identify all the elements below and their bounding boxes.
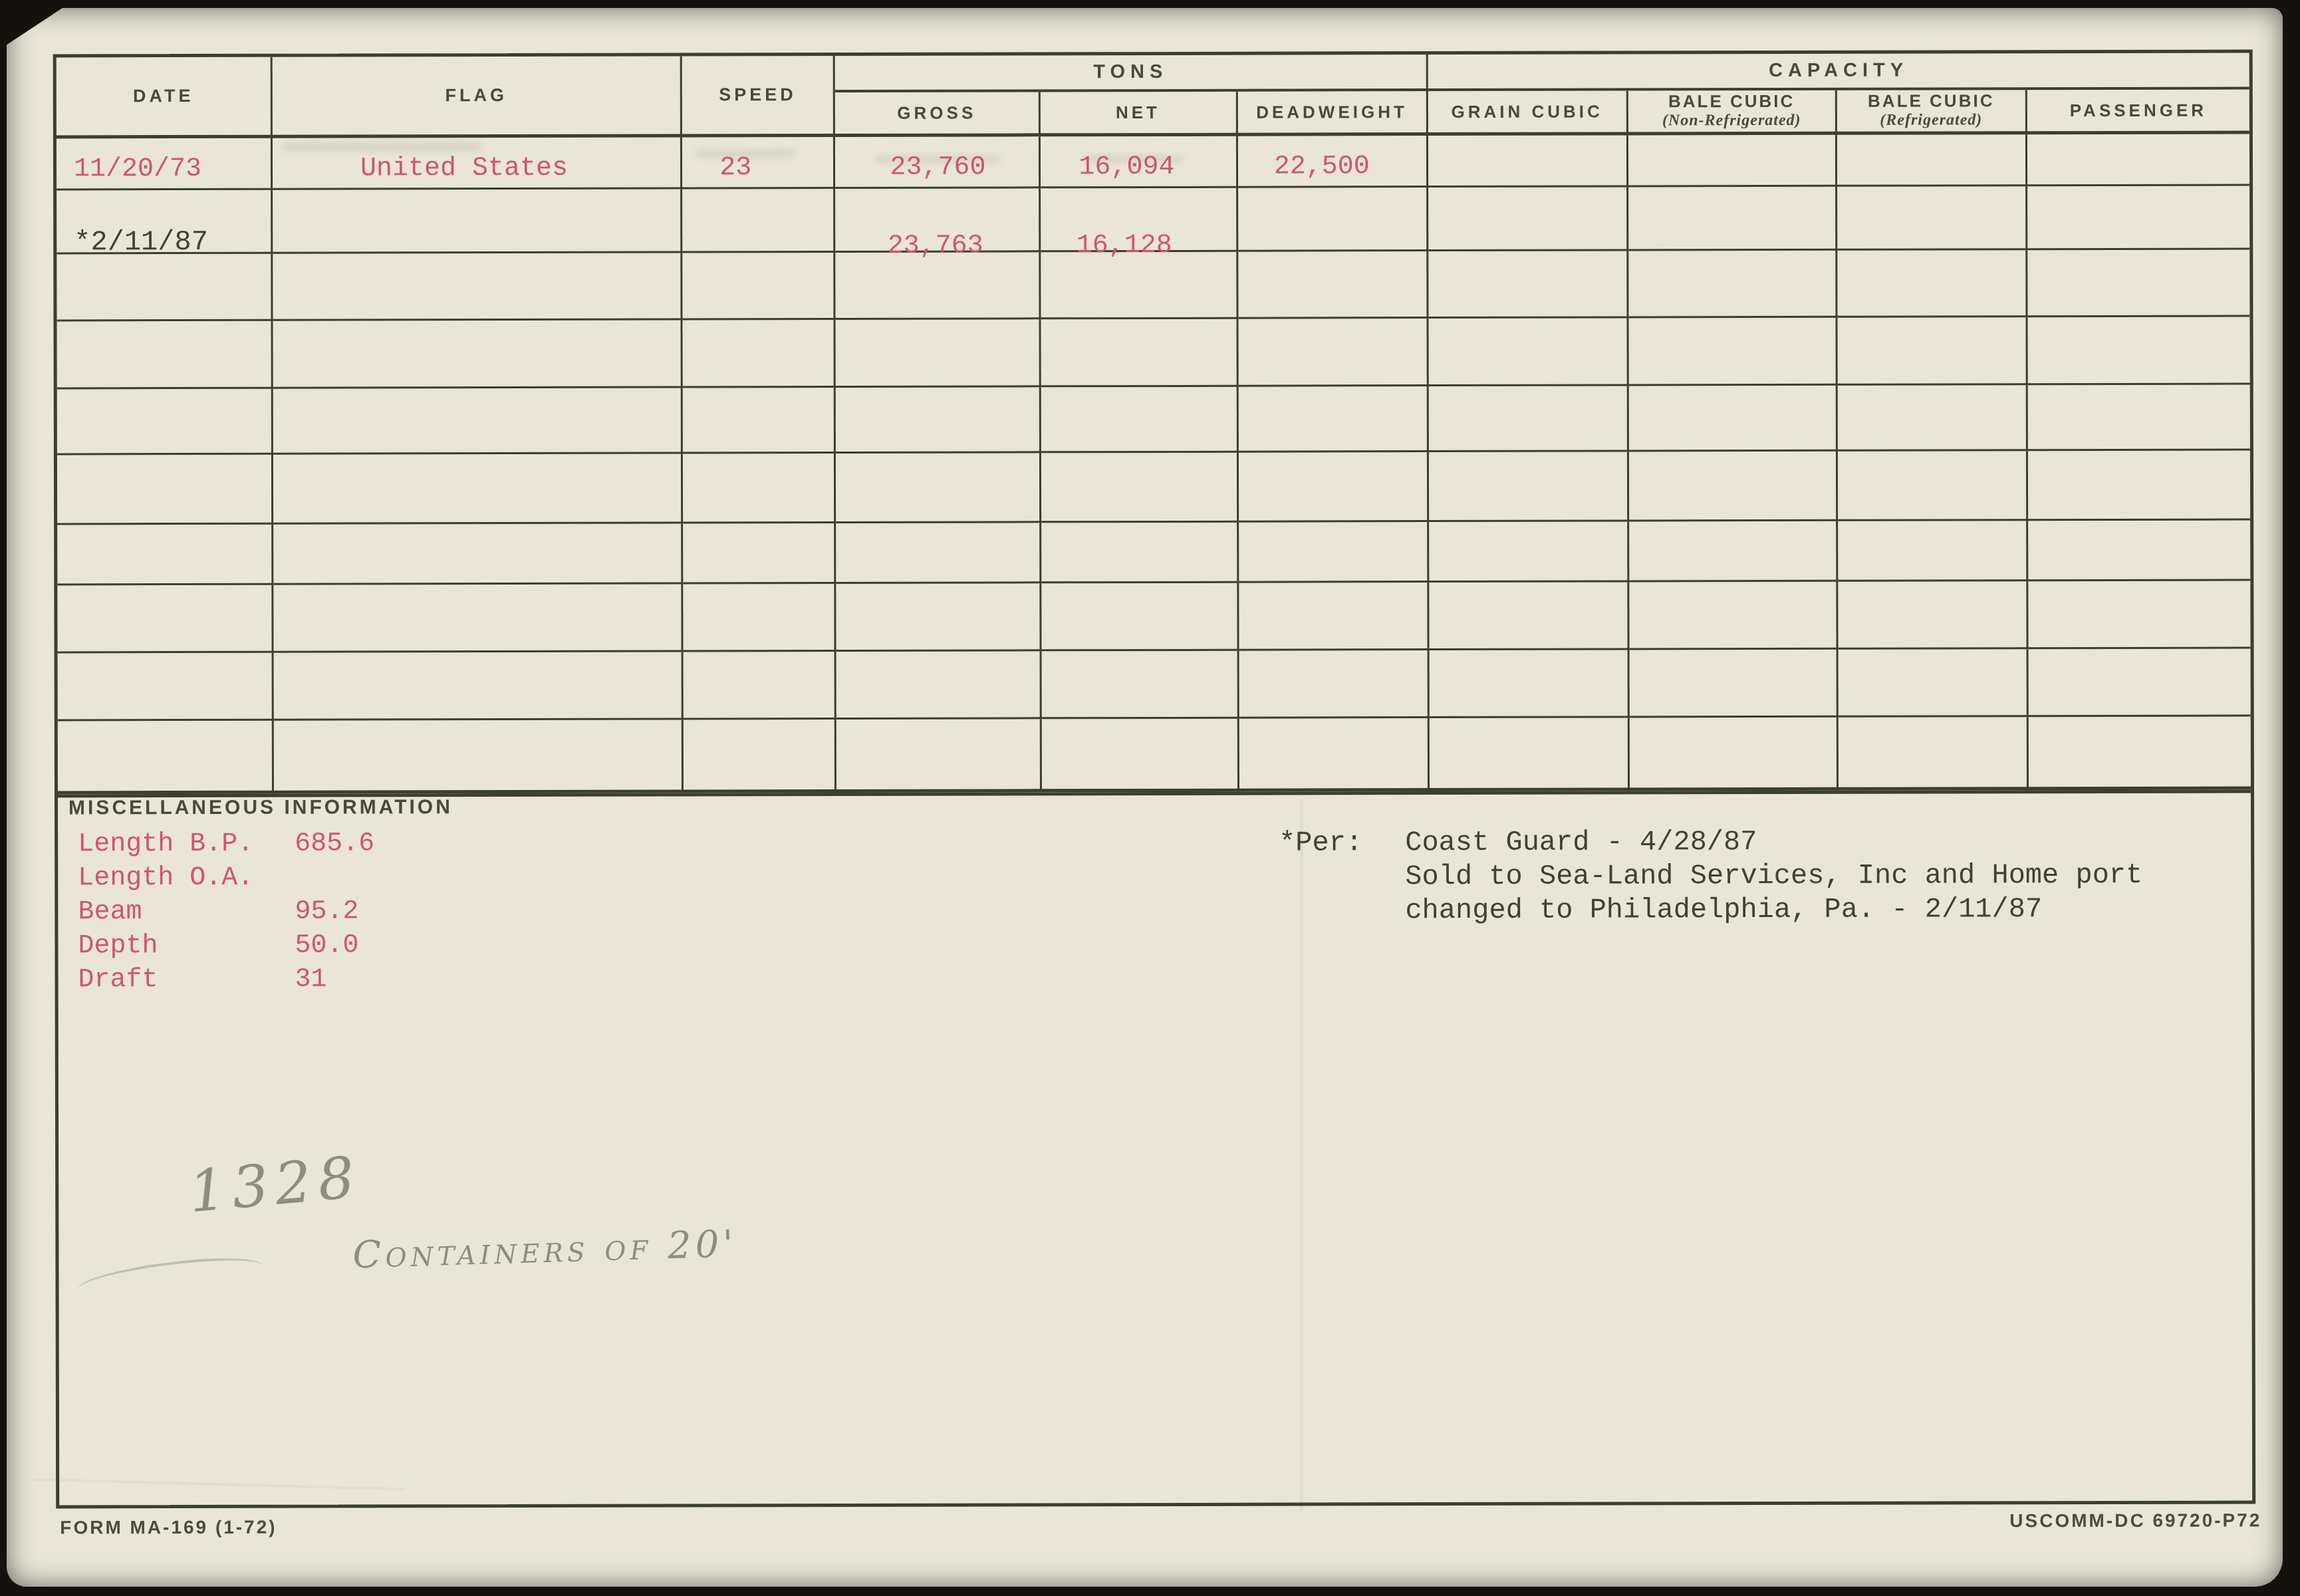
- misc-item: Depth50.0: [78, 928, 374, 963]
- table-cell-passenger-row9: [2029, 717, 2251, 791]
- table-cell-date-row9: [58, 721, 274, 795]
- table-cell-net-row8: [1041, 651, 1239, 720]
- table-cell-bale_ref-row3: [1837, 317, 2027, 386]
- header-label: DATE: [133, 86, 194, 106]
- table-cell-bale_nonref-row9: [1630, 718, 1839, 791]
- misc-info-list: Length B.P.685.6Length O.A.Beam95.2Depth…: [78, 827, 375, 997]
- table-cell-passenger-row8: [2029, 649, 2251, 718]
- table-cell-speed-row3: [683, 320, 836, 388]
- table-cell-gross-row3: [836, 319, 1041, 388]
- table-cell-grain-row0: [1428, 135, 1628, 188]
- table-cell-passenger-row0: [2027, 134, 2249, 187]
- header-label: SPEED: [719, 84, 797, 105]
- table-cell-grain-row6: [1429, 521, 1629, 583]
- misc-item-label: Depth: [78, 929, 295, 964]
- table-cell-flag-row7: [273, 584, 683, 652]
- pencil-smudge: [874, 155, 1001, 163]
- table-cell-date-row4: [57, 389, 273, 456]
- table-cell-deadweight-row7: [1239, 583, 1429, 651]
- handwritten-number: 1328: [186, 1144, 364, 1226]
- table-cell-bale_nonref-row2: [1628, 251, 1837, 319]
- table-cell-grain-row1: [1428, 187, 1628, 251]
- table-cell-gross-row5: [836, 453, 1041, 523]
- table-cell-deadweight-row3: [1238, 319, 1428, 387]
- table-cell-bale_nonref-row8: [1629, 650, 1838, 718]
- table-cell-deadweight-row8: [1239, 650, 1429, 719]
- table-cell-passenger-row1: [2027, 186, 2249, 251]
- table-cell-gross-row4: [836, 387, 1041, 454]
- table-cell-deadweight-row4: [1238, 386, 1428, 453]
- per-note-line: Sold to Sea-Land Services, Inc and Home …: [1405, 859, 2142, 894]
- header-cell-grain-cubic: GRAIN CUBIC: [1428, 90, 1628, 136]
- table-cell-net-row1: 16,128: [1041, 188, 1238, 253]
- table-cell-flag-row8: [274, 652, 684, 720]
- table-cell-speed-row0: 23: [682, 137, 835, 189]
- table-cell-gross-row7: [836, 583, 1041, 652]
- table-cell-deadweight-row5: [1239, 452, 1429, 523]
- table-cell-passenger-row6: [2028, 521, 2250, 582]
- table-cell-flag-row2: [273, 253, 682, 321]
- table-cell-grain-row8: [1429, 650, 1629, 718]
- table-cell-grain-row2: [1428, 251, 1628, 319]
- header-cell-net: NET: [1040, 92, 1237, 137]
- header-sublabel: (Non-Refrigerated): [1662, 112, 1801, 130]
- header-cell-flag: FLAG: [273, 56, 682, 138]
- header-group-capacity: CAPACITY: [1428, 53, 2249, 92]
- table-cell-date-row0: 11/20/73: [57, 138, 273, 191]
- misc-item: Draft31: [78, 962, 375, 997]
- header-group-tons: TONS: [835, 55, 1428, 92]
- table-cell-net-row4: [1041, 387, 1238, 454]
- handwritten-pencil-mark: [76, 1251, 265, 1304]
- header-cell-gross: GROSS: [835, 92, 1040, 137]
- table-cell-net-row9: [1041, 719, 1239, 793]
- table-cell-bale_ref-row2: [1837, 250, 2027, 318]
- misc-item-value: 31: [295, 965, 327, 995]
- table-cell-passenger-row2: [2027, 250, 2249, 318]
- per-note: *Per: Coast Guard - 4/28/87 Sold to Sea-…: [1279, 825, 2142, 928]
- pencil-smudge: [283, 142, 482, 152]
- header-label: GRAIN CUBIC: [1451, 101, 1602, 122]
- header-label: GROSS: [897, 102, 976, 123]
- table-cell-speed-row4: [683, 388, 836, 454]
- header-cell-bale-cubic-nonrefrigerated: BALE CUBIC (Non-Refrigerated): [1628, 90, 1837, 136]
- header-cell-deadweight: DEADWEIGHT: [1237, 91, 1428, 136]
- table-cell-grain-row4: [1428, 386, 1628, 452]
- table-cell-gross-row1: 23,763: [836, 188, 1041, 253]
- table-cell-grain-row3: [1428, 318, 1628, 386]
- misc-item: Length B.P.685.6: [78, 827, 374, 861]
- misc-item: Beam95.2: [78, 894, 374, 929]
- table-cell-bale_ref-row7: [1838, 581, 2028, 650]
- misc-item-value: 95.2: [295, 896, 358, 926]
- table-cell-speed-row8: [684, 652, 837, 720]
- table-cell-date-row8: [58, 653, 274, 722]
- table-cell-date-row2: [57, 254, 273, 322]
- table-cell-date-row7: [57, 585, 273, 654]
- table-cell-bale_nonref-row0: [1628, 135, 1837, 188]
- table-cell-bale_nonref-row4: [1629, 386, 1838, 452]
- table-cell-passenger-row7: [2028, 581, 2250, 650]
- form-rotation-wrapper: DATE FLAG SPEED TONS CAPACITY GROSS NET …: [5, 5, 2285, 1589]
- pencil-smudge: [1084, 155, 1184, 163]
- table-cell-date-row1: *2/11/87: [57, 190, 273, 255]
- header-sublabel: (Refrigerated): [1880, 111, 1982, 129]
- table-cell-date-row6: [57, 525, 273, 586]
- table-cell-bale_ref-row1: [1837, 186, 2027, 251]
- table-cell-grain-row7: [1429, 582, 1629, 650]
- table-cell-net-row6: [1041, 523, 1239, 584]
- paper-sheet: DATE FLAG SPEED TONS CAPACITY GROSS NET …: [7, 8, 2283, 1587]
- table-cell-bale_ref-row0: [1837, 134, 2027, 187]
- table-cell-speed-row7: [683, 584, 836, 652]
- table-cell-deadweight-row1: [1238, 188, 1428, 252]
- table-cell-flag-row4: [273, 388, 683, 454]
- per-note-line: changed to Philadelphia, Pa. - 2/11/87: [1405, 892, 2142, 928]
- per-note-prefix: *Per:: [1279, 826, 1362, 928]
- per-note-line: Coast Guard - 4/28/87: [1405, 825, 2142, 860]
- table-cell-bale_nonref-row6: [1629, 521, 1838, 583]
- table-cell-bale_ref-row5: [1838, 451, 2028, 521]
- table-cell-speed-row5: [683, 454, 836, 523]
- table-cell-speed-row2: [682, 253, 836, 320]
- header-cell-date: DATE: [57, 57, 273, 139]
- misc-item-label: Beam: [78, 895, 295, 930]
- table-cell-bale_nonref-row7: [1629, 582, 1838, 650]
- header-cell-passenger: PASSENGER: [2027, 90, 2249, 135]
- table-cell-flag-row9: [274, 720, 684, 793]
- table-cell-date-row5: [57, 455, 273, 525]
- header-label: PASSENGER: [2070, 100, 2207, 120]
- table-cell-grain-row9: [1429, 718, 1629, 791]
- table-cell-gross-row9: [836, 719, 1041, 793]
- misc-item-label: Length B.P.: [78, 827, 295, 862]
- header-label: BALE CUBIC: [1868, 92, 1994, 110]
- table-cell-flag-row3: [273, 320, 682, 388]
- table-cell-bale_nonref-row5: [1629, 452, 1838, 522]
- print-code: USCOMM-DC 69720-P72: [2009, 1510, 2261, 1531]
- table-cell-speed-row6: [683, 523, 836, 584]
- table-cell-flag-row1: [273, 189, 682, 253]
- misc-section-title: MISCELLANEOUS INFORMATION: [68, 796, 453, 819]
- header-label: NET: [1116, 102, 1160, 122]
- table-cell-deadweight-row9: [1239, 718, 1429, 792]
- table-cell-bale_ref-row4: [1838, 385, 2028, 452]
- table-cell-gross-row6: [836, 523, 1041, 584]
- table-cell-passenger-row5: [2028, 451, 2250, 521]
- header-label: TONS: [1093, 61, 1168, 83]
- table-cell-passenger-row3: [2027, 317, 2249, 386]
- handwritten-note: Containers of 20': [352, 1222, 738, 1277]
- form-card-border: DATE FLAG SPEED TONS CAPACITY GROSS NET …: [53, 50, 2256, 1509]
- table-cell-speed-row1: [682, 189, 835, 253]
- per-note-lines: Coast Guard - 4/28/87 Sold to Sea-Land S…: [1405, 825, 2142, 928]
- table-cell-passenger-row4: [2028, 385, 2250, 452]
- table-cell-bale_nonref-row1: [1628, 187, 1837, 251]
- table-cell-bale_ref-row9: [1839, 717, 2029, 791]
- ship-record-table: DATE FLAG SPEED TONS CAPACITY GROSS NET …: [57, 53, 2251, 798]
- table-cell-deadweight-row2: [1238, 251, 1428, 319]
- header-label: CAPACITY: [1769, 60, 1908, 82]
- table-cell-bale_nonref-row3: [1628, 318, 1837, 386]
- table-cell-date-row3: [57, 321, 273, 390]
- table-cell-gross-row8: [836, 651, 1041, 720]
- header-label: DEADWEIGHT: [1256, 102, 1408, 122]
- table-cell-grain-row5: [1429, 452, 1629, 522]
- table-cell-value: 11/20/73: [74, 154, 201, 184]
- header-cell-speed: SPEED: [682, 56, 836, 137]
- table-cell-net-row2: [1041, 252, 1238, 320]
- misc-item-label: Length O.A.: [78, 861, 295, 896]
- form-number: FORM MA-169 (1-72): [60, 1517, 277, 1539]
- misc-item-value: 50.0: [295, 930, 358, 960]
- table-cell-deadweight-row6: [1239, 522, 1429, 583]
- table-cell-bale_ref-row6: [1838, 521, 2028, 582]
- table-cell-net-row5: [1041, 453, 1238, 523]
- table-cell-value: 22,500: [1274, 152, 1370, 182]
- header-cell-bale-cubic-refrigerated: BALE CUBIC (Refrigerated): [1837, 90, 2027, 135]
- header-label: FLAG: [446, 85, 508, 106]
- table-cell-flag-row6: [273, 523, 683, 585]
- paper-crease-vertical: [1300, 799, 1303, 1511]
- table-cell-bale_ref-row8: [1838, 649, 2028, 718]
- table-cell-speed-row9: [684, 720, 837, 793]
- pencil-smudge: [695, 149, 795, 158]
- table-cell-gross-row2: [836, 252, 1041, 320]
- header-label: BALE CUBIC: [1668, 92, 1795, 110]
- table-cell-net-row7: [1041, 583, 1239, 652]
- misc-item-value: 685.6: [295, 829, 374, 859]
- table-cell-deadweight-row0: 22,500: [1238, 136, 1428, 188]
- misc-item: Length O.A.: [78, 861, 374, 895]
- table-cell-value: United States: [360, 154, 568, 184]
- table-cell-net-row3: [1041, 319, 1238, 388]
- table-cell-flag-row5: [273, 454, 683, 524]
- misc-item-label: Draft: [78, 963, 295, 997]
